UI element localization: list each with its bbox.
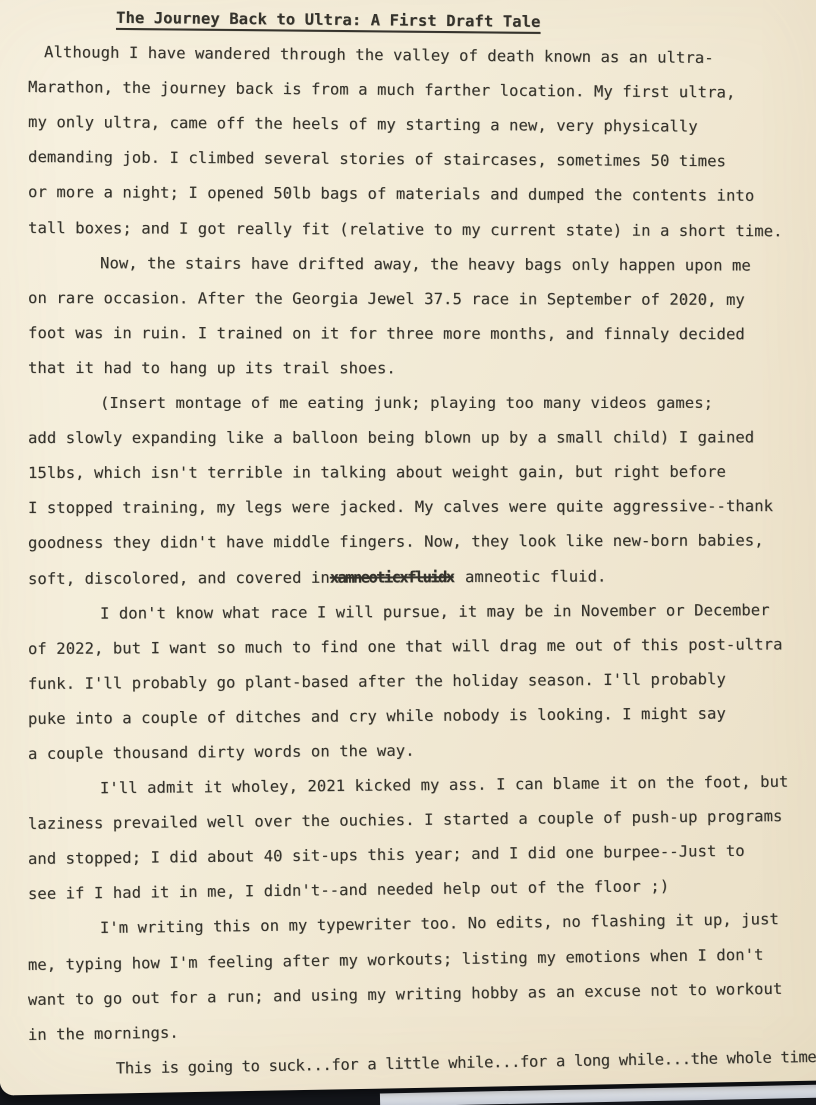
text-line: of 2022, but I want so much to find one … [28,635,816,675]
text-line: goodness they didn't have middle fingers… [28,532,816,570]
text-line: I don't know what race I will pursue, it… [28,600,816,639]
text-line: (Insert montage of me eating junk; playi… [28,394,816,429]
text-line: that it had to hang up its trail shoes. [28,359,816,395]
overstruck-text: xamneoticxfluidx [330,568,454,587]
typewritten-text: The Journey Back to Ultra: A First Draft… [28,8,816,1096]
text-line: tall boxes; and I got really fit (relati… [28,219,816,258]
text-line: demanding job. I climbed several stories… [28,148,816,188]
text-line: or more a night; I opened 50lb bags of m… [28,183,816,222]
text-segment: soft, discolored, and covered in [28,568,330,587]
text-line: Now, the stairs have drifted away, the h… [28,254,816,292]
text-line: on rare occasion. After the Georgia Jewe… [28,289,816,326]
text-segment: amneotic fluid. [455,567,606,586]
text-line: soft, discolored, and covered inxamneoti… [28,566,816,605]
text-line: add slowly expanding like a balloon bein… [28,428,816,464]
text-line: 15lbs, which isn't terrible in talking a… [28,463,816,499]
document-page: The Journey Back to Ultra: A First Draft… [0,0,816,1105]
text-line: foot was in ruin. I trained on it for th… [28,324,816,360]
text-line: I stopped training, my legs were jacked.… [28,497,816,534]
